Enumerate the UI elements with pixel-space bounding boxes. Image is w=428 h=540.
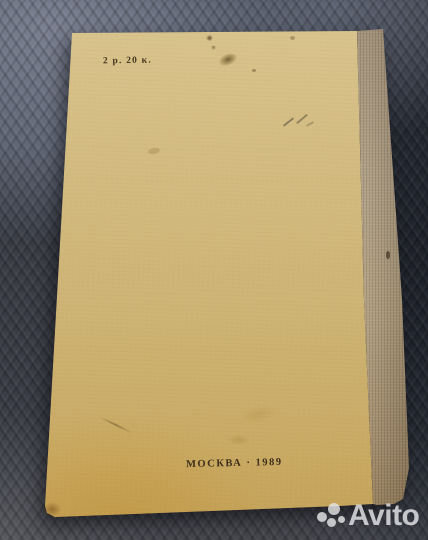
avito-logo-dot bbox=[328, 503, 340, 515]
book: 2 р. 20 к. МОСКВА · 1989 bbox=[0, 0, 428, 540]
photo-scene: 2 р. 20 к. МОСКВА · 1989 Avito bbox=[0, 0, 428, 540]
imprint-label: МОСКВА · 1989 bbox=[186, 457, 283, 470]
avito-watermark: Avito bbox=[315, 500, 419, 531]
avito-watermark-text: Avito bbox=[348, 501, 419, 531]
avito-logo-dot bbox=[317, 512, 327, 522]
avito-logo-icon bbox=[315, 502, 346, 529]
avito-logo-dot bbox=[338, 516, 345, 523]
avito-logo-dot bbox=[327, 518, 336, 527]
price-label: 2 р. 20 к. bbox=[103, 56, 152, 67]
